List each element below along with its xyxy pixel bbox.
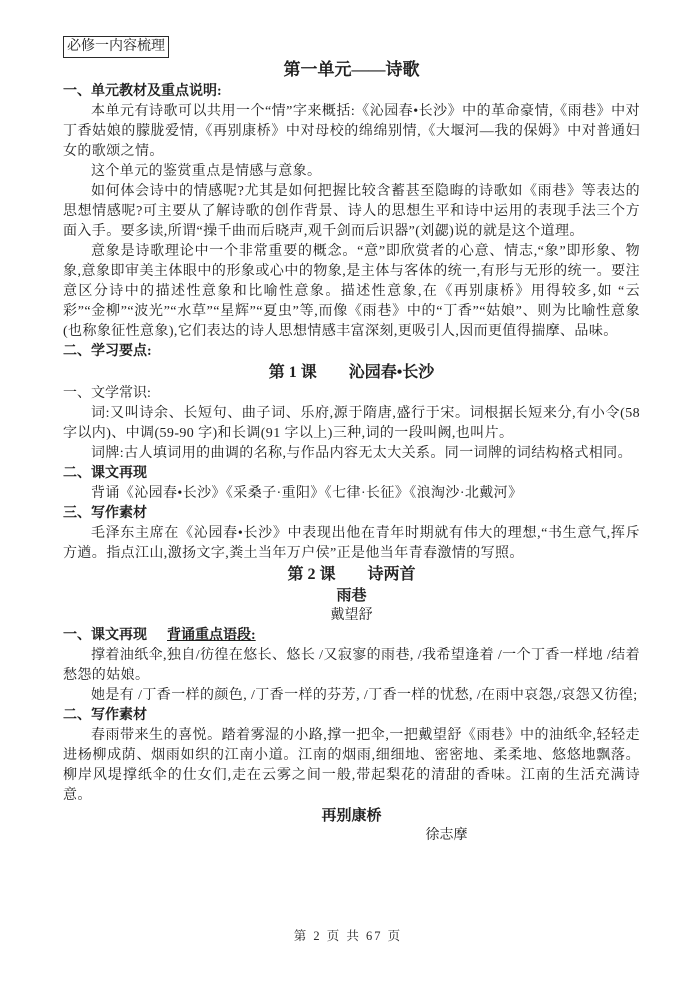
poem1-author: 戴望舒	[63, 606, 640, 626]
lesson1-paragraph-ci: 词:又叫诗余、长短句、曲子词、乐府,源于隋唐,盛行于宋。词根据长短来分,有小令(…	[63, 404, 640, 444]
unit-paragraph-1: 本单元有诗歌可以共用一个“情”字来概括:《沁园春•长沙》中的革命豪情,《雨巷》中…	[63, 102, 640, 162]
lesson1-writing-material-paragraph: 毛泽东主席在《沁园春•长沙》中表现出他在青年时期就有伟大的理想,“书生意气,挥斥…	[63, 524, 640, 564]
poem2-title: 再别康桥	[63, 806, 640, 826]
unit-heading: 第一单元——诗歌	[63, 58, 640, 82]
unit-paragraph-4: 意象是诗歌理论中一个非常重要的概念。“意”即欣赏者的心意、情志,“象”即形象、物…	[63, 242, 640, 342]
lesson2-heading: 第 2 课 诗两首	[63, 564, 640, 586]
document-page: 必修一内容梳理 第一单元——诗歌 一、单元教材及重点说明: 本单元有诗歌可以共用…	[0, 0, 696, 983]
lesson2-writing-material-heading: 二、写作素材	[63, 706, 640, 726]
poem1-stanza-2: 她是有 /丁香一样的颜色, /丁香一样的芬芳, /丁香一样的忧愁, /在雨中哀怨…	[63, 686, 640, 706]
unit-section2-heading: 二、学习要点:	[63, 342, 640, 362]
unit-paragraph-2: 这个单元的鉴赏重点是情感与意象。	[63, 162, 640, 182]
poem1-title: 雨巷	[63, 586, 640, 606]
unit-section1-heading: 一、单元教材及重点说明:	[63, 82, 640, 102]
lesson1-heading: 第 1 课 沁园春•长沙	[63, 362, 640, 384]
page-footer: 第 2 页 共 67 页	[0, 926, 696, 946]
poem1-stanza-1: 撑着油纸伞,独自/彷徨在悠长、悠长 /又寂寥的雨巷, /我希望逢着 /一个丁香一…	[63, 646, 640, 686]
lesson1-literary-knowledge-heading: 一、文学常识:	[63, 384, 640, 404]
lesson1-writing-material-heading: 三、写作素材	[63, 504, 640, 524]
course-title-box-row: 必修一内容梳理	[63, 36, 640, 58]
lesson2-recite-key-passage-label: 背诵重点语段:	[167, 628, 256, 643]
unit-paragraph-3: 如何体会诗中的情感呢?尤其是如何把握比较含蓄甚至隐晦的诗歌如《雨巷》等表达的思想…	[63, 182, 640, 242]
lesson1-text-review-heading: 二、课文再现	[63, 464, 640, 484]
course-title-box: 必修一内容梳理	[63, 36, 169, 58]
poem2-author: 徐志摩	[158, 826, 696, 846]
lesson2-writing-material-paragraph: 春雨带来生的喜悦。踏着雾湿的小路,撑一把伞,一把戴望舒《雨巷》中的油纸伞,轻轻走…	[63, 726, 640, 806]
lesson1-paragraph-cipai: 词牌:古人填词用的曲调的名称,与作品内容无太大关系。同一词牌的词结构格式相同。	[63, 444, 640, 464]
lesson2-text-review-heading: 一、课文再现	[63, 628, 147, 643]
lesson1-recite-list: 背诵《沁园春•长沙》《采桑子·重阳》《七律·长征》《浪淘沙·北戴河》	[63, 484, 640, 504]
lesson2-text-review-row: 一、课文再现背诵重点语段:	[63, 626, 640, 646]
